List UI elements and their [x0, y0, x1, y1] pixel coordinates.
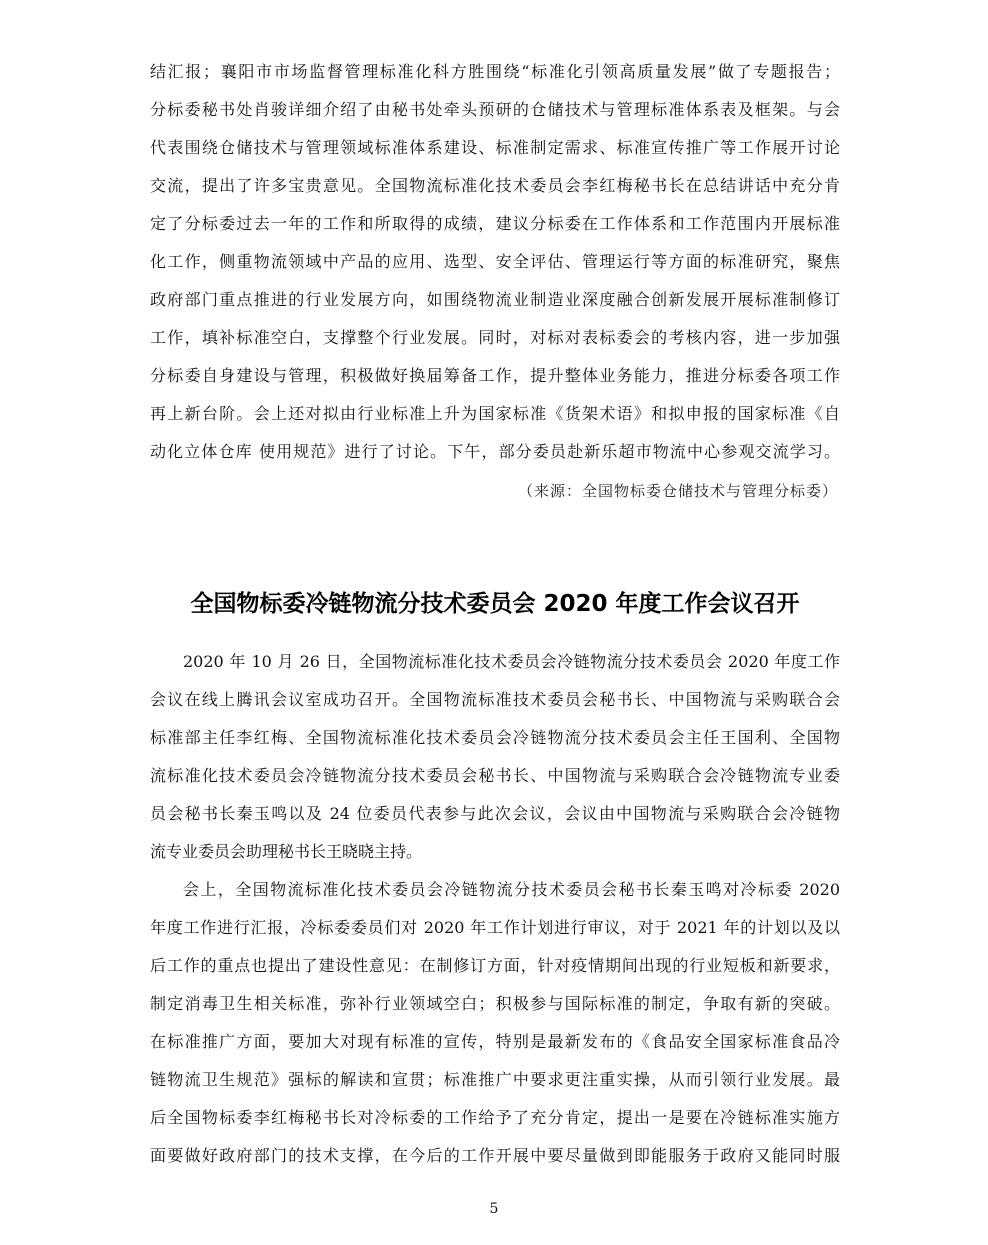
paragraph-line: 定了分标委过去一年的工作和所取得的成绩，建议分标委在工作体系和工作范围内开展标准 [150, 214, 840, 234]
article-source: （来源：全国物标委仓储技术与管理分标委） [518, 481, 838, 501]
paragraph-line: 代表围绕仓储技术与管理领域标准体系建设、标准制定需求、标准宣传推广等工作展开讨论 [150, 138, 840, 158]
paragraph-line: 再上新台阶。会上还对拟由行业标准上升为国家标准《货架术语》和拟申报的国家标准《自 [150, 404, 840, 424]
page-number: 5 [0, 1200, 988, 1218]
document-page: 结汇报；襄阳市市场监督管理标准化科方胜围绕“标准化引领高质量发展”做了专题报告；… [0, 0, 988, 1245]
paragraph-line: 工作，填补标准空白，支撑整个行业发展。同时，对标对表标委会的考核内容，进一步加强 [150, 328, 840, 348]
paragraph-line: 分标委秘书处肖骏详细介绍了由秘书处牵头预研的仓储技术与管理标准体系表及框架。与会 [150, 100, 840, 120]
paragraph-line: 流专业委员会助理秘书长王晓晓主持。 [150, 842, 840, 862]
paragraph-line: 分标委自身建设与管理，积极做好换届筹备工作，提升整体业务能力，推进分标委各项工作 [150, 366, 840, 386]
paragraph-line: 链物流卫生规范》强标的解读和宣贯；标准推广中要求更注重实操，从而引领行业发展。最 [150, 1070, 840, 1090]
paragraph-line: 后全国物标委李红梅秘书长对冷标委的工作给予了充分肯定，提出一是要在冷链标准实施方 [150, 1108, 840, 1128]
paragraph-line: 会议在线上腾讯会议室成功召开。全国物流标准技术委员会秘书长、中国物流与采购联合会 [150, 690, 840, 710]
paragraph-line: 政府部门重点推进的行业发展方向，如围绕物流业制造业深度融合创新发展开展标准制修订 [150, 290, 840, 310]
paragraph-line: 结汇报；襄阳市市场监督管理标准化科方胜围绕“标准化引领高质量发展”做了专题报告； [150, 62, 840, 82]
paragraph-line: 交流，提出了许多宝贵意见。全国物流标准化技术委员会李红梅秘书长在总结讲话中充分肯 [150, 176, 840, 196]
paragraph-line: 后工作的重点也提出了建设性意见：在制修订方面，针对疫情期间出现的行业短板和新要求… [150, 956, 840, 976]
paragraph-line: 化工作，侧重物流领域中产品的应用、选型、安全评估、管理运行等方面的标准研究，聚焦 [150, 252, 840, 272]
paragraph-line: 年度工作进行汇报，冷标委委员们对 2020 年工作计划进行审议，对于 2021 … [150, 918, 840, 938]
paragraph-line: 在标准推广方面，要加大对现有标准的宣传，特别是最新发布的《食品安全国家标准食品冷 [150, 1032, 840, 1052]
article-title: 全国物标委冷链物流分技术委员会 2020 年度工作会议召开 [150, 588, 840, 620]
paragraph-line: 标准部主任李红梅、全国物流标准化技术委员会冷链物流分技术委员会主任王国利、全国物 [150, 728, 840, 748]
paragraph-line: 制定消毒卫生相关标准，弥补行业领域空白；积极参与国际标准的制定，争取有新的突破。 [150, 994, 840, 1014]
paragraph-line: 流标准化技术委员会冷链物流分技术委员会秘书长、中国物流与采购联合会冷链物流专业委 [150, 766, 840, 786]
paragraph-line: 员会秘书长秦玉鸣以及 24 位委员代表参与此次会议，会议由中国物流与采购联合会冷… [150, 804, 840, 824]
paragraph-line: 2020 年 10 月 26 日，全国物流标准化技术委员会冷链物流分技术委员会 … [183, 652, 840, 672]
paragraph-line: 会上，全国物流标准化技术委员会冷链物流分技术委员会秘书长秦玉鸣对冷标委 2020 [183, 880, 840, 900]
paragraph-line: 面要做好政府部门的技术支撑，在今后的工作开展中要尽量做到即能服务于政府又能同时服 [150, 1146, 840, 1166]
paragraph-line: 动化立体仓库 使用规范》进行了讨论。下午，部分委员赴新乐超市物流中心参观交流学习… [150, 442, 840, 462]
